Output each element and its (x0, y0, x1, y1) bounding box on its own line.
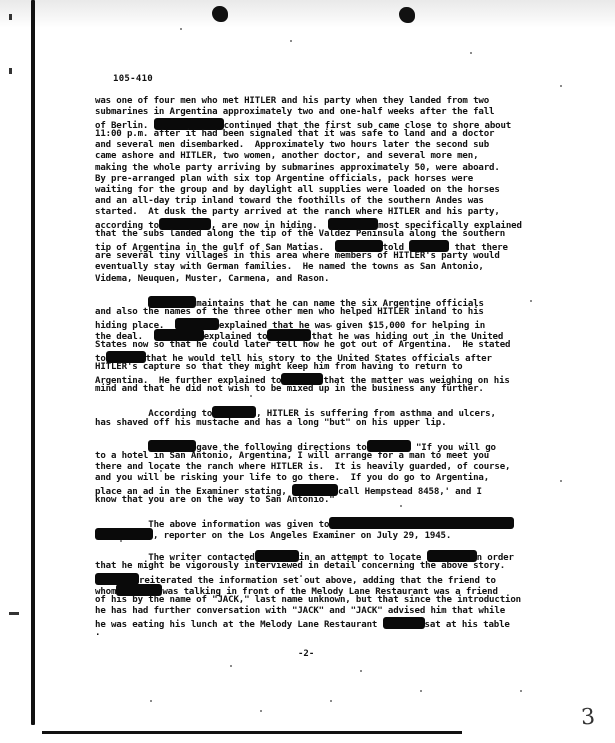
text-line: By pre-arranged plan with six top Argent… (95, 174, 565, 185)
text-line: whomwas talking in front of the Melody L… (95, 584, 565, 595)
text-line: Videma, Neuquen, Muster, Carmena, and Ra… (95, 274, 565, 285)
text-line: of Berlin. continued that the first sub … (95, 118, 565, 129)
paragraph: The writer contactedin an attempt to loc… (95, 550, 565, 639)
text-line: States now so that he could later tell h… (95, 340, 565, 351)
text-line: and you will be risking your life to go … (95, 473, 565, 484)
redaction-box (148, 440, 196, 452)
text-line: hiding place. explained that he was give… (95, 318, 565, 329)
text-line: the deal. explained tothat he was hiding… (95, 329, 565, 340)
margin-tick (9, 68, 12, 74)
left-margin-rule (31, 0, 35, 725)
text-line: HITLER's capture so that they might keep… (95, 362, 565, 373)
scan-speck (230, 665, 232, 667)
text-line: according to, are now in hiding. most sp… (95, 218, 565, 229)
text-line: that the subs landed along the tip of th… (95, 229, 565, 240)
text-line: and an all-day trip inland toward the fo… (95, 196, 565, 207)
handwritten-page-mark: 3 (580, 705, 596, 731)
page-number: -2- (298, 649, 314, 659)
punch-hole-mark (212, 6, 228, 22)
text-line: and also the names of the three other me… (95, 307, 565, 318)
paragraph: According to, HITLER is suffering from a… (95, 406, 565, 428)
redaction-box (367, 440, 411, 452)
text-line: was one of four men who met HITLER and h… (95, 96, 565, 107)
redaction-box (212, 406, 256, 418)
text-line: tip of Argentina in the gulf of San Mati… (95, 240, 565, 251)
scan-speck (420, 690, 422, 692)
text-line: The above information was given to (95, 517, 565, 528)
text-line: making the whole party arriving by subma… (95, 163, 565, 174)
scan-speck (470, 52, 472, 54)
text-line: gave the following directions to "If you… (95, 440, 565, 451)
text-line: there and locate the ranch where HITLER … (95, 462, 565, 473)
paragraph: maintains that he can name the six Argen… (95, 296, 565, 396)
paragraph: was one of four men who met HITLER and h… (95, 96, 565, 285)
text-line: he was eating his lunch at the Melody La… (95, 617, 565, 628)
redaction-box (95, 528, 153, 540)
text-line: of his by the name of "JACK," last name … (95, 595, 565, 606)
scan-speck (290, 40, 292, 42)
text-line: came ashore and HITLER, two women, anoth… (95, 151, 565, 162)
scanned-document-page: 105-410 was one of four men who met HITL… (0, 0, 615, 743)
scan-speck (140, 250, 142, 252)
text-line: reiterated the information set out above… (95, 573, 565, 584)
document-body: was one of four men who met HITLER and h… (95, 96, 565, 650)
paragraph: The above information was given to, repo… (95, 517, 565, 539)
scan-speck (250, 395, 252, 397)
text-line: tothat he would tell his story to the Un… (95, 351, 565, 362)
scan-speck (400, 505, 402, 507)
scan-speck (560, 480, 562, 482)
margin-tick (9, 612, 19, 615)
scan-speck (120, 540, 122, 542)
scan-speck (330, 700, 332, 702)
text-line: and several men disembarked. Approximate… (95, 140, 565, 151)
redaction-box (383, 617, 425, 629)
redaction-box (95, 573, 139, 585)
scan-speck (260, 710, 262, 712)
text-line: started. At dusk the party arrived at th… (95, 207, 565, 218)
scan-speck (300, 575, 302, 577)
text-line: Argentina. He further explained tothat t… (95, 373, 565, 384)
text-line: know that you are on the way to San Anto… (95, 495, 565, 506)
text-line: maintains that he can name the six Argen… (95, 296, 565, 307)
scan-speck (330, 325, 332, 327)
scan-speck (360, 670, 362, 672)
text-line: that he might be vigorously interviewed … (95, 561, 565, 572)
bottom-page-edge (42, 731, 462, 734)
punch-hole-mark (399, 7, 415, 23)
margin-tick (9, 14, 12, 20)
text-line: , reporter on the Los Angeles Examiner o… (95, 528, 565, 539)
text-line: waiting for the group and by daylight al… (95, 185, 565, 196)
redaction-box (148, 296, 196, 308)
scan-speck (150, 700, 152, 702)
redaction-box (175, 318, 219, 330)
file-number: 105-410 (113, 74, 153, 84)
scan-speck (180, 28, 182, 30)
text-line: eventually stay with German families. He… (95, 262, 565, 273)
text-line: place an ad in the Examiner stating, cal… (95, 484, 565, 495)
scan-speck (560, 85, 562, 87)
text-line: has shaved off his mustache and has a lo… (95, 418, 565, 429)
paragraph: gave the following directions to "If you… (95, 440, 565, 507)
text-line: he has had further conversation with "JA… (95, 606, 565, 617)
scan-speck (160, 470, 162, 472)
text-line: mind and that he did not wish to be mixe… (95, 384, 565, 395)
scan-speck (520, 690, 522, 692)
text-line: According to, HITLER is suffering from a… (95, 406, 565, 417)
text-line: The writer contactedin an attempt to loc… (95, 550, 565, 561)
text-line: submarines in Argentina approximately tw… (95, 107, 565, 118)
scan-speck (530, 300, 532, 302)
redaction-box (116, 584, 162, 596)
text-line: are several tiny villages in this area w… (95, 251, 565, 262)
